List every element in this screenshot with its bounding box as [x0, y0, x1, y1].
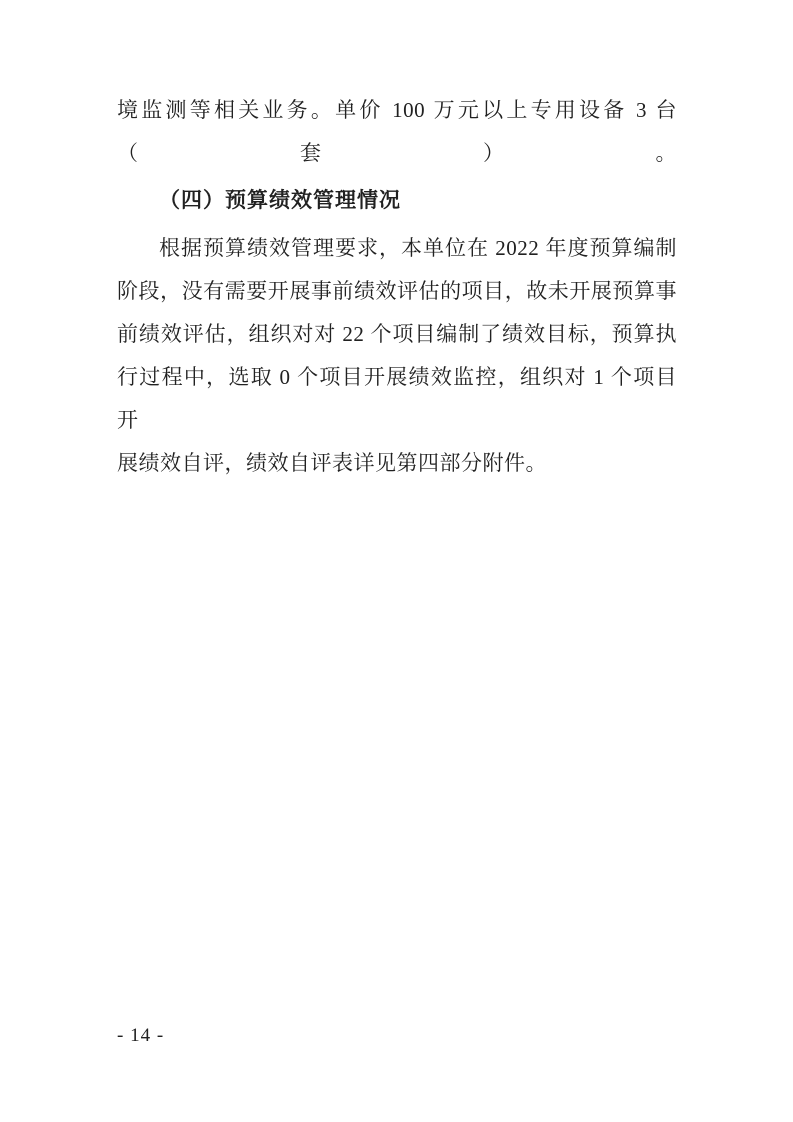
- body-line-continuation: 境监测等相关业务。单价 100 万元以上专用设备 3 台（套）。: [117, 89, 677, 175]
- document-body: 境监测等相关业务。单价 100 万元以上专用设备 3 台（套）。 （四）预算绩效…: [117, 89, 677, 485]
- section-heading: （四）预算绩效管理情况: [117, 179, 677, 222]
- document-page: 境监测等相关业务。单价 100 万元以上专用设备 3 台（套）。 （四）预算绩效…: [0, 0, 793, 1122]
- paragraph-line-1: 根据预算绩效管理要求，本单位在 2022 年度预算编制: [117, 227, 677, 270]
- paragraph-line-2: 阶段，没有需要开展事前绩效评估的项目，故未开展预算事: [117, 270, 677, 313]
- paragraph-line-4: 行过程中，选取 0 个项目开展绩效监控，组织对 1 个项目开: [117, 356, 677, 442]
- page-number: - 14 -: [117, 1022, 164, 1050]
- paragraph-line-3: 前绩效评估，组织对对 22 个项目编制了绩效目标，预算执: [117, 313, 677, 356]
- paragraph-line-5: 展绩效自评，绩效自评表详见第四部分附件。: [117, 442, 677, 485]
